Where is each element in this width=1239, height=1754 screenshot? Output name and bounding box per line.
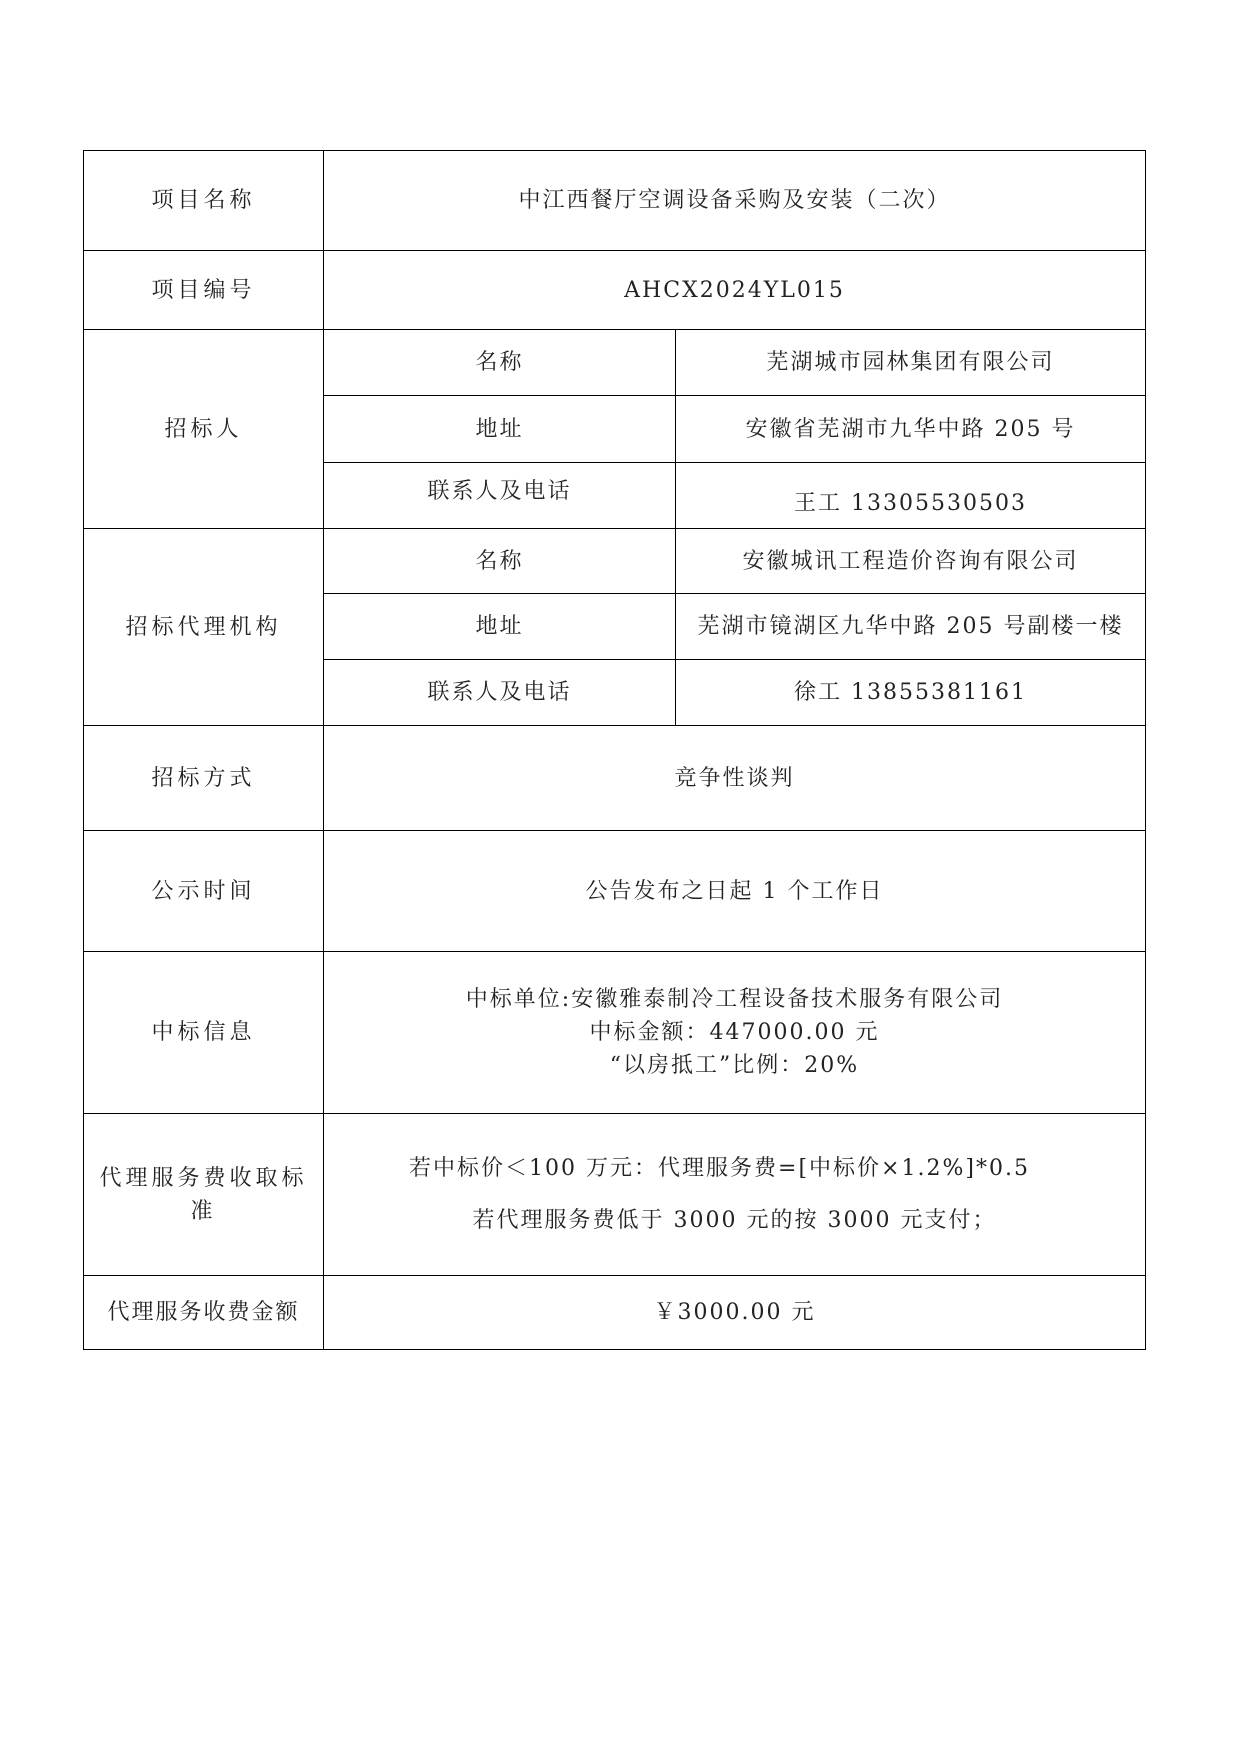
project-code-label: 项目编号 xyxy=(84,251,324,330)
winning-amount: 中标金额：447000.00 元 xyxy=(332,1016,1137,1049)
tenderer-label: 招标人 xyxy=(84,330,324,529)
method-value: 竞争性谈判 xyxy=(324,726,1146,831)
winning-ratio: “以房抵工”比例：20% xyxy=(332,1049,1137,1082)
fee-standard-line1: 若中标价＜100 万元：代理服务费=[中标价×1.2%]*0.5 xyxy=(332,1148,1137,1190)
row-project-name: 项目名称 中江西餐厅空调设备采购及安装（二次） xyxy=(84,151,1146,251)
row-publicity: 公示时间 公告发布之日起 1 个工作日 xyxy=(84,831,1146,952)
agency-name-value: 安徽城讯工程造价咨询有限公司 xyxy=(676,529,1146,594)
project-name-label: 项目名称 xyxy=(84,151,324,251)
publicity-label: 公示时间 xyxy=(84,831,324,952)
row-method: 招标方式 竞争性谈判 xyxy=(84,726,1146,831)
row-winning: 中标信息 中标单位:安徽雅泰制冷工程设备技术服务有限公司 中标金额：447000… xyxy=(84,952,1146,1114)
row-agency-name: 招标代理机构 名称 安徽城讯工程造价咨询有限公司 xyxy=(84,529,1146,594)
fee-amount-value: ￥3000.00 元 xyxy=(324,1276,1146,1350)
row-fee-amount: 代理服务收费金额 ￥3000.00 元 xyxy=(84,1276,1146,1350)
tenderer-contact-value: 王工 13305530503 xyxy=(676,463,1146,529)
fee-amount-label: 代理服务收费金额 xyxy=(84,1276,324,1350)
bid-result-table: 项目名称 中江西餐厅空调设备采购及安装（二次） 项目编号 AHCX2024YL0… xyxy=(83,150,1146,1350)
agency-name-label: 名称 xyxy=(324,529,676,594)
agency-address-value: 芜湖市镜湖区九华中路 205 号副楼一楼 xyxy=(676,594,1146,660)
winning-company: 中标单位:安徽雅泰制冷工程设备技术服务有限公司 xyxy=(332,983,1137,1016)
agency-contact-label: 联系人及电话 xyxy=(324,660,676,726)
row-tenderer-name: 招标人 名称 芜湖城市园林集团有限公司 xyxy=(84,330,1146,396)
agency-contact-value: 徐工 13855381161 xyxy=(676,660,1146,726)
tenderer-address-value: 安徽省芜湖市九华中路 205 号 xyxy=(676,396,1146,463)
tenderer-name-label: 名称 xyxy=(324,330,676,396)
method-label: 招标方式 xyxy=(84,726,324,831)
project-name-value: 中江西餐厅空调设备采购及安装（二次） xyxy=(324,151,1146,251)
row-fee-standard: 代理服务费收取标准 若中标价＜100 万元：代理服务费=[中标价×1.2%]*0… xyxy=(84,1114,1146,1276)
fee-standard-line2: 若代理服务费低于 3000 元的按 3000 元支付； xyxy=(332,1200,1137,1242)
fee-standard-label: 代理服务费收取标准 xyxy=(84,1114,324,1276)
winning-info: 中标单位:安徽雅泰制冷工程设备技术服务有限公司 中标金额：447000.00 元… xyxy=(324,952,1146,1114)
agency-label: 招标代理机构 xyxy=(84,529,324,726)
fee-standard-value: 若中标价＜100 万元：代理服务费=[中标价×1.2%]*0.5 若代理服务费低… xyxy=(324,1114,1146,1276)
tenderer-contact-label: 联系人及电话 xyxy=(324,463,676,529)
tenderer-name-value: 芜湖城市园林集团有限公司 xyxy=(676,330,1146,396)
publicity-value: 公告发布之日起 1 个工作日 xyxy=(324,831,1146,952)
agency-address-label: 地址 xyxy=(324,594,676,660)
project-code-value: AHCX2024YL015 xyxy=(324,251,1146,330)
tenderer-address-label: 地址 xyxy=(324,396,676,463)
winning-label: 中标信息 xyxy=(84,952,324,1114)
row-project-code: 项目编号 AHCX2024YL015 xyxy=(84,251,1146,330)
